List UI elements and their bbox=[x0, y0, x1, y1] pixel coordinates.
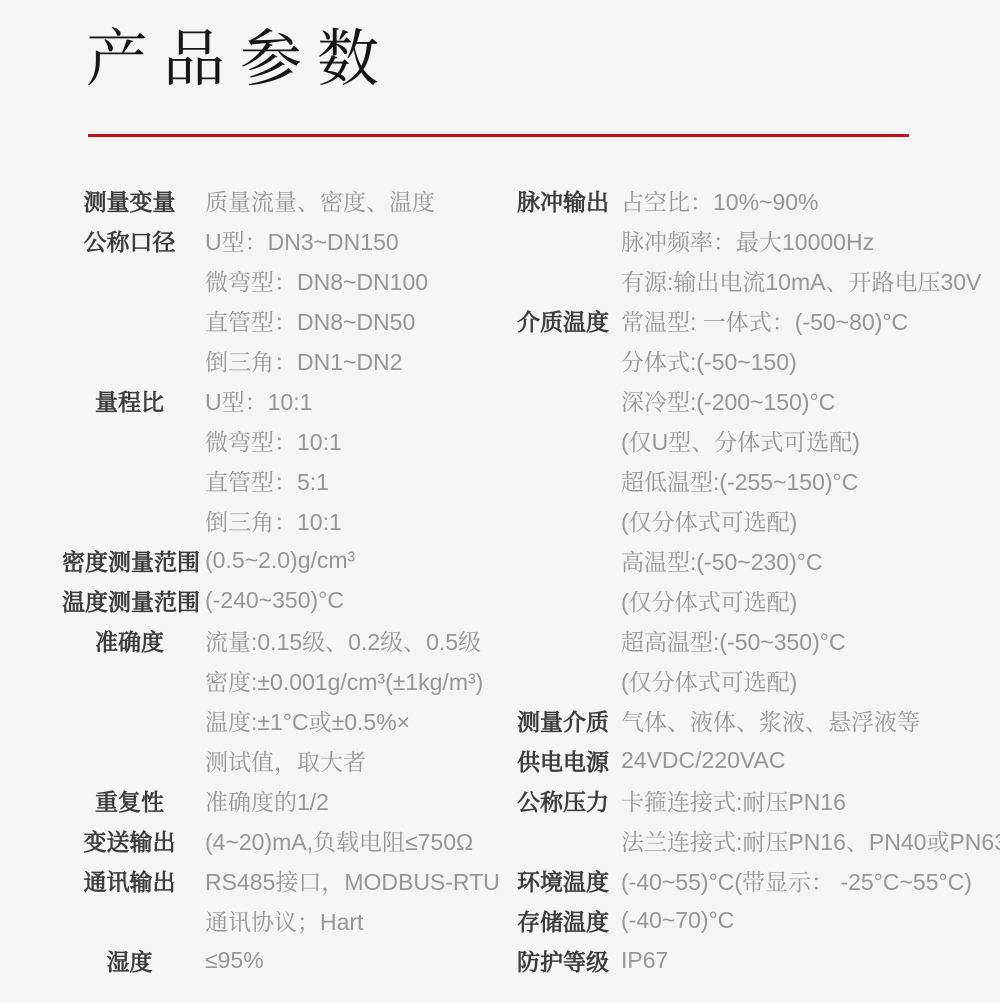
spec-value: 高温型:(-50~230)°C bbox=[621, 544, 823, 577]
spec-value: 微弯型：10:1 bbox=[205, 424, 342, 457]
spec-value: 卡箍连接式:耐压PN16 bbox=[621, 784, 846, 817]
spec-label: 测量介质 bbox=[513, 704, 613, 737]
spec-row: 微弯型：10:1 bbox=[62, 420, 508, 460]
spec-row: 重复性准确度的1/2 bbox=[62, 780, 508, 820]
spec-row: (仅分体式可选配) bbox=[513, 580, 1000, 620]
spec-label: 湿度 bbox=[62, 944, 197, 977]
spec-label: 通讯输出 bbox=[62, 864, 197, 897]
spec-label: 防护等级 bbox=[513, 944, 613, 977]
spec-row: 密度测量范围(0.5~2.0)g/cm³ bbox=[62, 540, 508, 580]
spec-value: U型：DN3~DN150 bbox=[205, 224, 399, 257]
spec-value: 脉冲频率：最大10000Hz bbox=[621, 224, 874, 257]
spec-value: 法兰连接式:耐压PN16、PN40或PN63 bbox=[621, 824, 1000, 857]
spec-value: 质量流量、密度、温度 bbox=[205, 184, 435, 217]
spec-value: 密度:±0.001g/cm³(±1kg/m³) bbox=[205, 664, 483, 697]
spec-value: (0.5~2.0)g/cm³ bbox=[205, 547, 355, 574]
spec-value: 倒三角：DN1~DN2 bbox=[205, 344, 402, 377]
spec-row: 脉冲频率：最大10000Hz bbox=[513, 220, 1000, 260]
spec-value: 通讯协议；Hart bbox=[205, 904, 363, 937]
spec-row: (仅U型、分体式可选配) bbox=[513, 420, 1000, 460]
spec-row: 存储温度(-40~70)°C bbox=[513, 900, 1000, 940]
spec-value: 常温型: 一体式：(-50~80)°C bbox=[621, 304, 908, 337]
spec-value: (4~20)mA,负载电阻≤750Ω bbox=[205, 824, 473, 857]
spec-row: 环境温度(-40~55)°C(带显示： -25°C~55°C) bbox=[513, 860, 1000, 900]
spec-row: 高温型:(-50~230)°C bbox=[513, 540, 1000, 580]
spec-value: IP67 bbox=[621, 947, 668, 974]
spec-label: 准确度 bbox=[62, 624, 197, 657]
spec-row: 公称口径U型：DN3~DN150 bbox=[62, 220, 508, 260]
spec-value: (仅分体式可选配) bbox=[621, 504, 797, 537]
spec-value: 准确度的1/2 bbox=[205, 784, 329, 817]
page-title: 产品参数 bbox=[86, 24, 394, 95]
spec-row: 分体式:(-50~150) bbox=[513, 340, 1000, 380]
spec-value: (仅分体式可选配) bbox=[621, 664, 797, 697]
spec-row: 变送输出(4~20)mA,负载电阻≤750Ω bbox=[62, 820, 508, 860]
spec-value: 直管型：5:1 bbox=[205, 464, 329, 497]
spec-value: 倒三角：10:1 bbox=[205, 504, 342, 537]
spec-label: 环境温度 bbox=[513, 864, 613, 897]
spec-row: 超低温型:(-255~150)°C bbox=[513, 460, 1000, 500]
spec-row: 直管型：5:1 bbox=[62, 460, 508, 500]
spec-value: U型：10:1 bbox=[205, 384, 312, 417]
spec-value: 微弯型：DN8~DN100 bbox=[205, 264, 428, 297]
spec-label: 量程比 bbox=[62, 384, 197, 417]
spec-value: (仅分体式可选配) bbox=[621, 584, 797, 617]
spec-row: 深冷型:(-200~150)°C bbox=[513, 380, 1000, 420]
spec-row: 直管型：DN8~DN50 bbox=[62, 300, 508, 340]
spec-label: 密度测量范围 bbox=[62, 544, 197, 577]
spec-row: (仅分体式可选配) bbox=[513, 500, 1000, 540]
spec-label: 公称口径 bbox=[62, 224, 197, 257]
spec-value: (仅U型、分体式可选配) bbox=[621, 424, 860, 457]
spec-column-right: 脉冲输出占空比：10%~90%脉冲频率：最大10000Hz有源:输出电流10mA… bbox=[513, 180, 1000, 980]
spec-label: 温度测量范围 bbox=[62, 584, 197, 617]
spec-row: 法兰连接式:耐压PN16、PN40或PN63 bbox=[513, 820, 1000, 860]
spec-row: 脉冲输出占空比：10%~90% bbox=[513, 180, 1000, 220]
spec-label: 测量变量 bbox=[62, 184, 197, 217]
spec-value: ≤95% bbox=[205, 947, 264, 974]
spec-row: 公称压力卡箍连接式:耐压PN16 bbox=[513, 780, 1000, 820]
spec-label: 介质温度 bbox=[513, 304, 613, 337]
spec-value: 24VDC/220VAC bbox=[621, 747, 786, 774]
spec-value: (-40~55)°C(带显示： -25°C~55°C) bbox=[621, 864, 972, 897]
spec-row: 准确度流量:0.15级、0.2级、0.5级 bbox=[62, 620, 508, 660]
spec-row: 超高温型:(-50~350)°C bbox=[513, 620, 1000, 660]
spec-label: 脉冲输出 bbox=[513, 184, 613, 217]
spec-row: 湿度≤95% bbox=[62, 940, 508, 980]
spec-value: RS485接口，MODBUS-RTU bbox=[205, 864, 500, 897]
spec-label: 供电电源 bbox=[513, 744, 613, 777]
spec-row: 测试值，取大者 bbox=[62, 740, 508, 780]
spec-value: 分体式:(-50~150) bbox=[621, 344, 797, 377]
spec-row: 防护等级IP67 bbox=[513, 940, 1000, 980]
spec-value: 深冷型:(-200~150)°C bbox=[621, 384, 835, 417]
spec-row: 微弯型：DN8~DN100 bbox=[62, 260, 508, 300]
spec-row: 供电电源24VDC/220VAC bbox=[513, 740, 1000, 780]
spec-value: (-240~350)°C bbox=[205, 587, 344, 614]
spec-label: 公称压力 bbox=[513, 784, 613, 817]
spec-row: 介质温度常温型: 一体式：(-50~80)°C bbox=[513, 300, 1000, 340]
spec-row: 量程比U型：10:1 bbox=[62, 380, 508, 420]
spec-row: 测量变量质量流量、密度、温度 bbox=[62, 180, 508, 220]
spec-label: 存储温度 bbox=[513, 904, 613, 937]
spec-value: 直管型：DN8~DN50 bbox=[205, 304, 415, 337]
spec-label: 重复性 bbox=[62, 784, 197, 817]
spec-row: 倒三角：10:1 bbox=[62, 500, 508, 540]
product-parameters-page: 产品参数 测量变量质量流量、密度、温度公称口径U型：DN3~DN150微弯型：D… bbox=[0, 0, 1000, 1003]
spec-value: 温度:±1°C或±0.5%× bbox=[205, 704, 410, 737]
title-underline bbox=[88, 134, 909, 137]
spec-value: 气体、液体、浆液、悬浮液等 bbox=[621, 704, 920, 737]
spec-row: 测量介质气体、液体、浆液、悬浮液等 bbox=[513, 700, 1000, 740]
spec-value: 占空比：10%~90% bbox=[621, 184, 819, 217]
spec-row: (仅分体式可选配) bbox=[513, 660, 1000, 700]
spec-value: 有源:输出电流10mA、开路电压30V bbox=[621, 264, 981, 297]
spec-column-left: 测量变量质量流量、密度、温度公称口径U型：DN3~DN150微弯型：DN8~DN… bbox=[62, 180, 508, 980]
spec-value: 超低温型:(-255~150)°C bbox=[621, 464, 858, 497]
spec-row: 通讯输出RS485接口，MODBUS-RTU bbox=[62, 860, 508, 900]
spec-row: 倒三角：DN1~DN2 bbox=[62, 340, 508, 380]
spec-value: 测试值，取大者 bbox=[205, 744, 366, 777]
spec-value: 流量:0.15级、0.2级、0.5级 bbox=[205, 624, 481, 657]
spec-value: 超高温型:(-50~350)°C bbox=[621, 624, 846, 657]
spec-row: 温度测量范围(-240~350)°C bbox=[62, 580, 508, 620]
spec-row: 温度:±1°C或±0.5%× bbox=[62, 700, 508, 740]
spec-row: 密度:±0.001g/cm³(±1kg/m³) bbox=[62, 660, 508, 700]
spec-row: 有源:输出电流10mA、开路电压30V bbox=[513, 260, 1000, 300]
spec-value: (-40~70)°C bbox=[621, 907, 734, 934]
spec-row: 通讯协议；Hart bbox=[62, 900, 508, 940]
spec-label: 变送输出 bbox=[62, 824, 197, 857]
